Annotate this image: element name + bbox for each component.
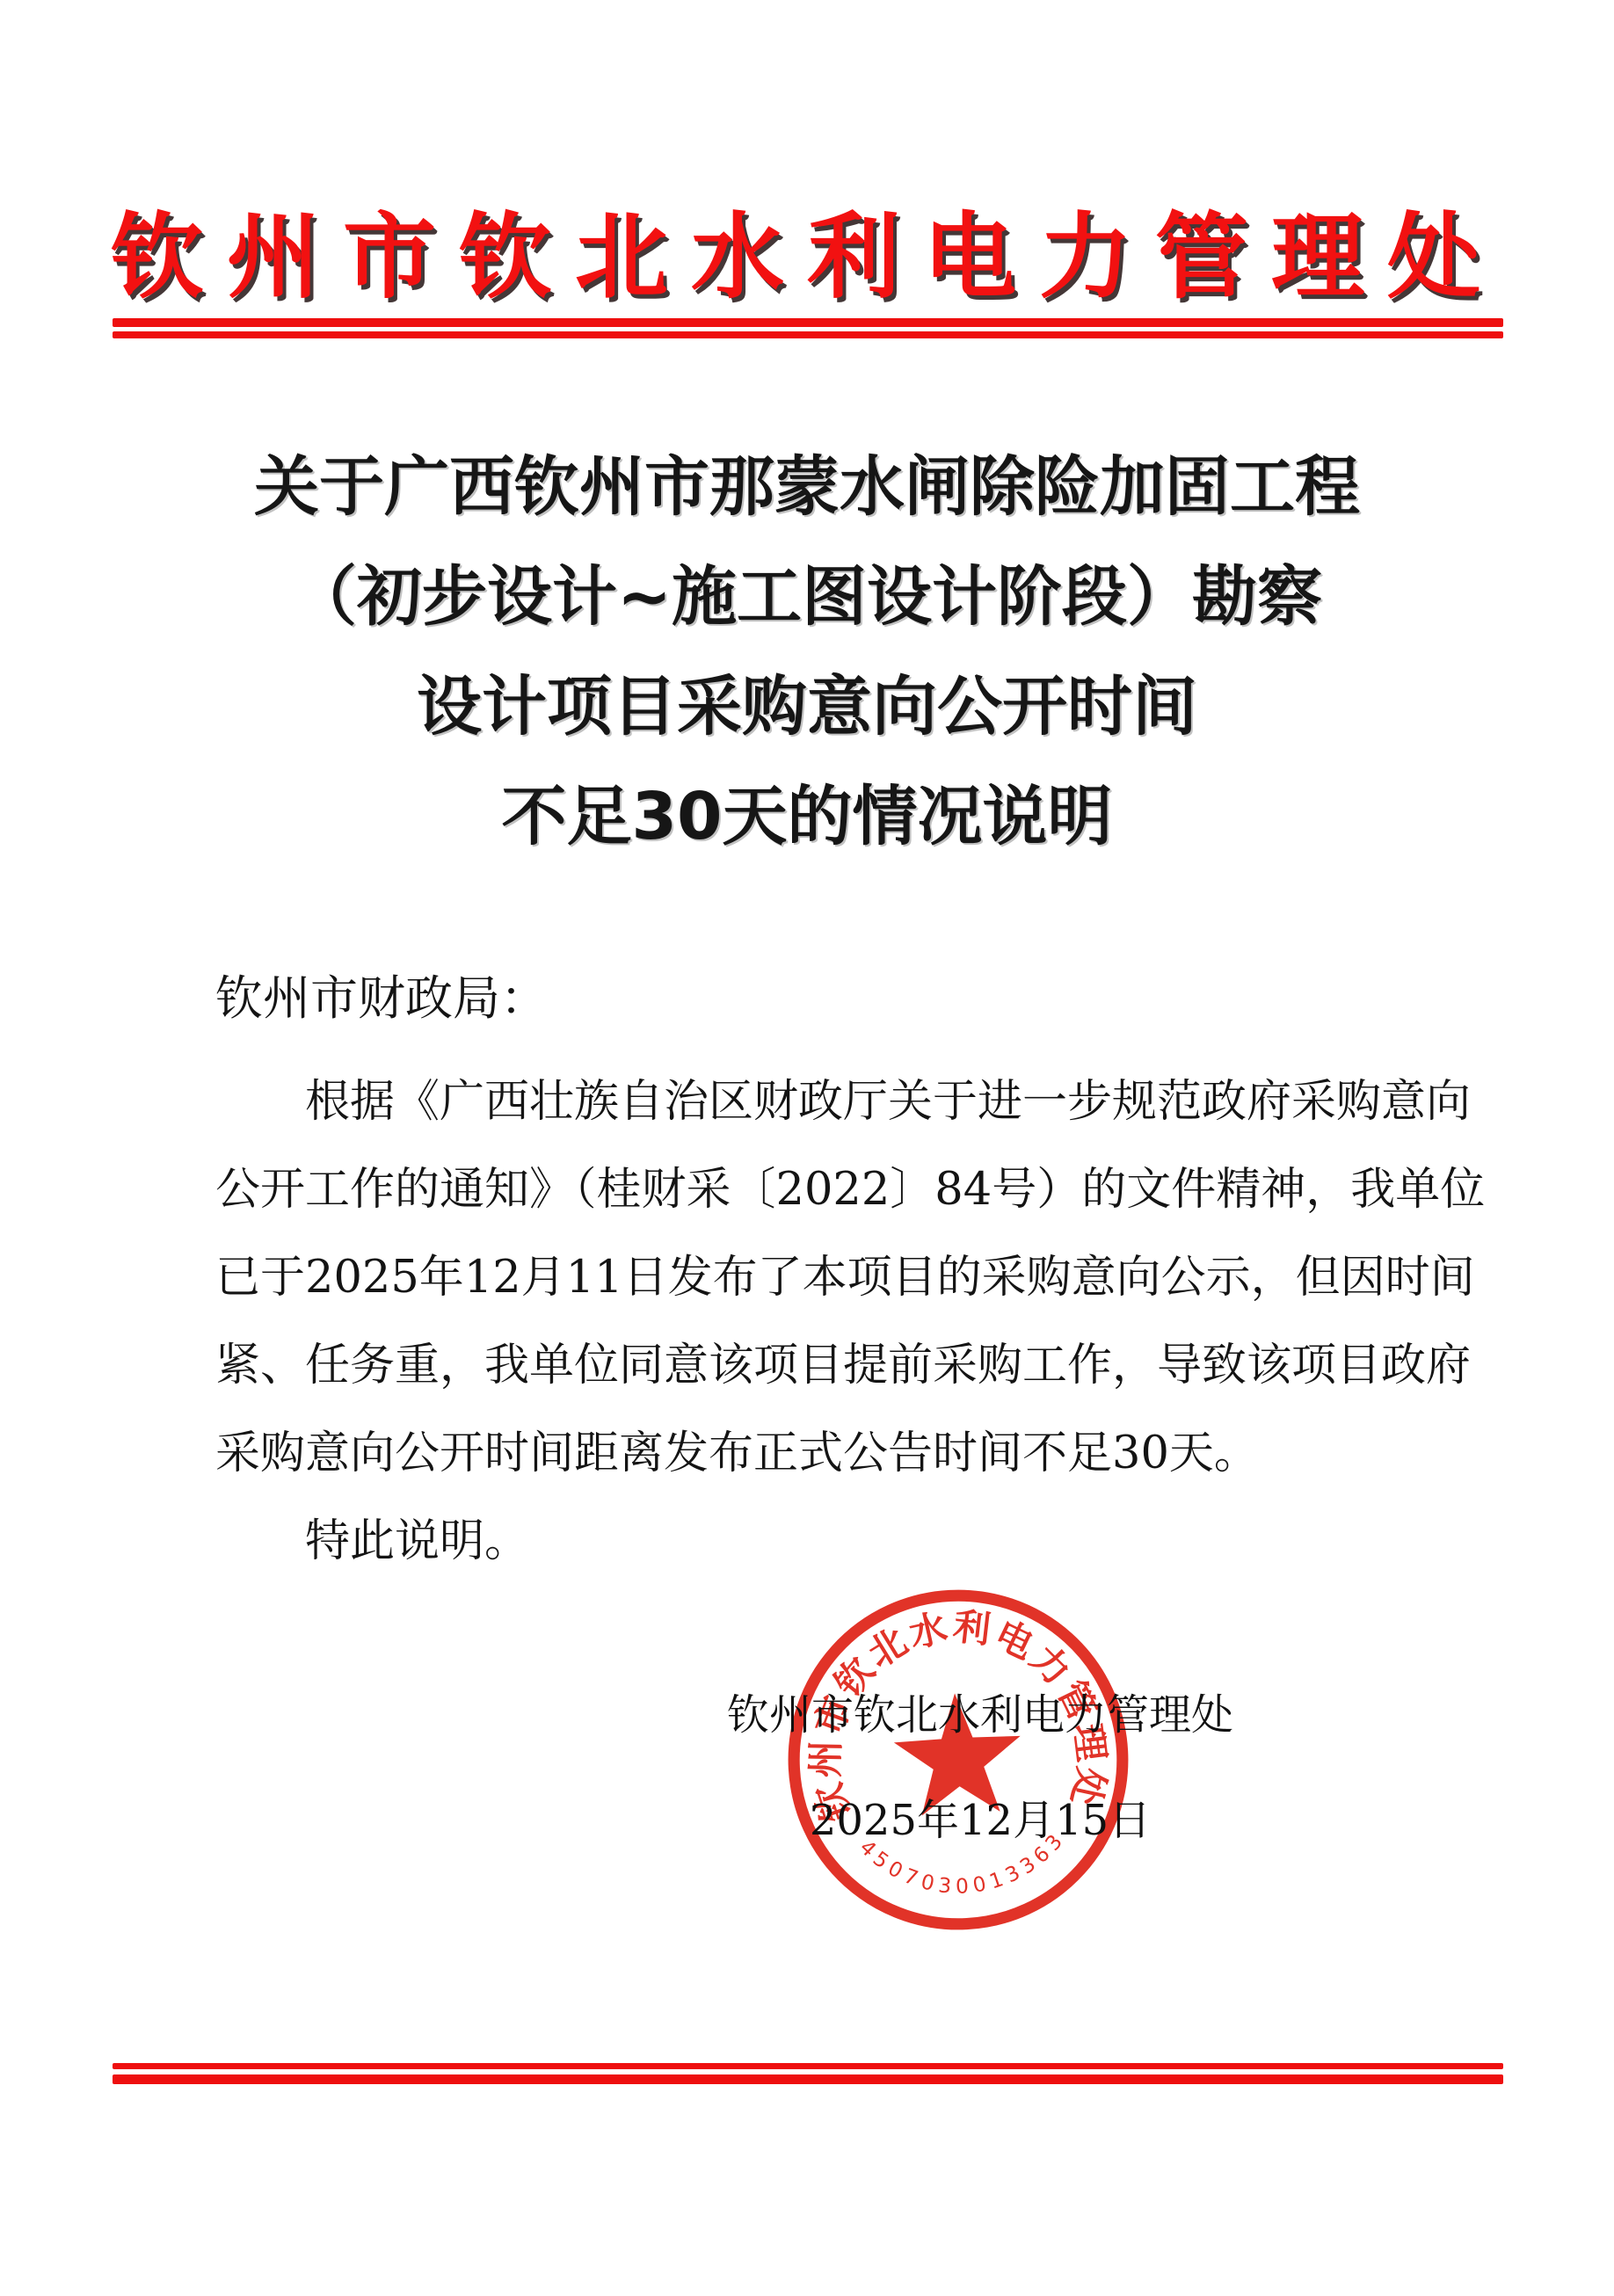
document-title-line-4: 不足30天的情况说明 [0,762,1614,872]
letterhead-title: 钦州市钦北水利电力管理处 [0,183,1614,316]
signature-date: 2025年12月15日 [668,1786,1292,1847]
document-title: 关于广西钦州市那蒙水闸除险加固工程 （初步设计~施工图设计阶段）勘察 设计项目采… [0,432,1614,872]
rule-bar-thin [113,2063,1503,2069]
main-paragraph: 根据《广西壮族自治区财政厅关于进一步规范政府采购意向 公开工作的通知》（桂财采〔… [215,1058,1400,1498]
signature-org: 钦州市钦北水利电力管理处 [668,1681,1292,1741]
paragraph-line: 紧、任务重，我单位同意该项目提前采购工作，导致该项目政府 [215,1322,1400,1410]
paragraph-line: 根据《广西壮族自治区财政厅关于进一步规范政府采购意向 [215,1058,1400,1146]
paragraph-line: 采购意向公开时间距离发布正式公告时间不足30天。 [215,1410,1400,1498]
paragraph-line: 公开工作的通知》（桂财采〔2022〕84号）的文件精神，我单位 [215,1146,1400,1234]
paragraph-line: 已于2025年12月11日发布了本项目的采购意向公示，但因时间 [215,1234,1400,1322]
seal-graphic: 钦州市钦北水利电力管理处 4507030013363 [772,1573,1145,1947]
footer-double-rule [113,2063,1503,2084]
letterhead-double-rule [113,318,1503,338]
closing-statement: 特此说明。 [215,1498,1400,1586]
rule-bar-thin [113,331,1503,338]
document-title-line-2: （初步设计~施工图设计阶段）勘察 [0,542,1614,652]
salutation: 钦州市财政局： [215,958,1400,1039]
document-title-line-3: 设计项目采购意向公开时间 [0,652,1614,762]
document-title-line-1: 关于广西钦州市那蒙水闸除险加固工程 [0,432,1614,542]
document-body: 钦州市财政局： 根据《广西壮族自治区财政厅关于进一步规范政府采购意向 公开工作的… [215,958,1400,1586]
official-seal-stamp: 钦州市钦北水利电力管理处 4507030013363 [772,1573,1145,1947]
rule-bar-thick [113,2074,1503,2084]
rule-bar-thick [113,318,1503,327]
document-page: 钦州市钦北水利电力管理处 关于广西钦州市那蒙水闸除险加固工程 （初步设计~施工图… [0,0,1614,2296]
